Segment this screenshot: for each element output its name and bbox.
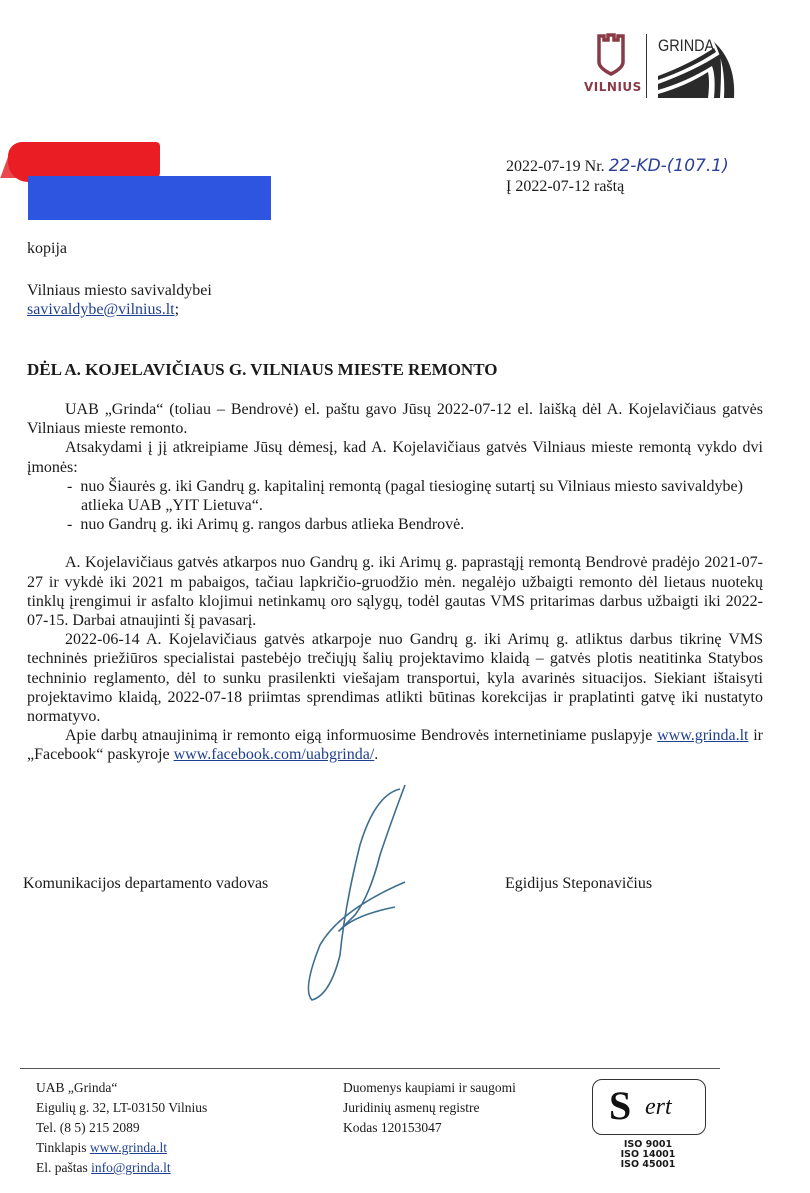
paragraph: Atsakydami į jį atkreipiame Jūsų dėmesį,… bbox=[27, 438, 763, 476]
paragraph: UAB „Grinda“ (toliau – Bendrovė) el. paš… bbox=[27, 400, 763, 438]
letter-subject: DĖL A. KOJELAVIČIAUS G. VILNIAUS MIESTE … bbox=[27, 360, 497, 379]
footer-address: Eigulių g. 32, LT-03150 Vilnius bbox=[36, 1098, 207, 1118]
cert-s-glyph: S bbox=[609, 1084, 631, 1128]
vilnius-tower-icon bbox=[594, 32, 628, 76]
facebook-link[interactable]: www.facebook.com/uabgrinda/ bbox=[174, 746, 375, 763]
paragraph: Apie darbų atnaujinimą ir remonto eigą i… bbox=[27, 726, 763, 764]
list-item: - nuo Šiaurės g. iki Gandrų g. kapitalin… bbox=[63, 477, 763, 515]
paragraph: 2022-06-14 A. Kojelavičiaus gatvės atkar… bbox=[27, 630, 763, 726]
redaction-mark bbox=[28, 176, 271, 220]
handwritten-number: 22-KD-(107.1) bbox=[609, 156, 729, 176]
grinda-road-icon bbox=[656, 42, 736, 98]
recipient-email-link[interactable]: savivaldybe@vilnius.lt bbox=[27, 301, 175, 318]
document-date: 2022-07-19 bbox=[506, 158, 581, 175]
footer-divider bbox=[20, 1068, 720, 1069]
footer-phone: Tel. (8 5) 215 2089 bbox=[36, 1118, 207, 1138]
contractor-list: - nuo Šiaurės g. iki Gandrų g. kapitalin… bbox=[27, 477, 763, 535]
signatory-position: Komunikacijos departamento vadovas bbox=[23, 874, 268, 893]
logo-divider bbox=[646, 34, 647, 98]
footer-registry-info: Duomenys kaupiami ir saugomi Juridinių a… bbox=[343, 1078, 516, 1138]
vilnius-logo-text: VILNIUS bbox=[584, 80, 642, 94]
certification-logo: S ert bbox=[592, 1079, 706, 1135]
footer-company: UAB „Grinda“ bbox=[36, 1078, 207, 1098]
document-reference: 2022-07-19 Nr. 22-KD-(107.1) bbox=[506, 157, 729, 176]
nr-label: Nr. bbox=[585, 158, 605, 175]
list-item: - nuo Gandrų g. iki Arimų g. rangos darb… bbox=[63, 515, 763, 534]
footer-email: El. paštas info@grinda.lt bbox=[36, 1158, 207, 1178]
paragraph: A. Kojelavičiaus gatvės atkarpos nuo Gan… bbox=[27, 553, 763, 630]
footer-website-link[interactable]: www.grinda.lt bbox=[90, 1140, 167, 1155]
header-logo: VILNIUS GRINDA bbox=[580, 30, 780, 100]
copy-recipient: Vilniaus miesto savivaldybei bbox=[27, 281, 212, 300]
letter-body: UAB „Grinda“ (toliau – Bendrovė) el. paš… bbox=[27, 400, 763, 765]
grinda-website-link[interactable]: www.grinda.lt bbox=[657, 727, 748, 744]
footer-company-info: UAB „Grinda“ Eigulių g. 32, LT-03150 Vil… bbox=[36, 1078, 207, 1178]
signatory-name: Egidijus Steponavičius bbox=[505, 874, 652, 893]
iso-standard: ISO 45001 bbox=[592, 1160, 704, 1170]
cert-ert-text: ert bbox=[645, 1094, 672, 1121]
copy-label: kopija bbox=[27, 239, 67, 258]
footer-website: Tinklapis www.grinda.lt bbox=[36, 1138, 207, 1158]
copy-recipient-email: savivaldybe@vilnius.lt; bbox=[27, 300, 179, 319]
reply-reference: Į 2022-07-12 raštą bbox=[506, 177, 624, 196]
footer-email-link[interactable]: info@grinda.lt bbox=[91, 1160, 171, 1175]
handwritten-signature bbox=[300, 785, 460, 1025]
